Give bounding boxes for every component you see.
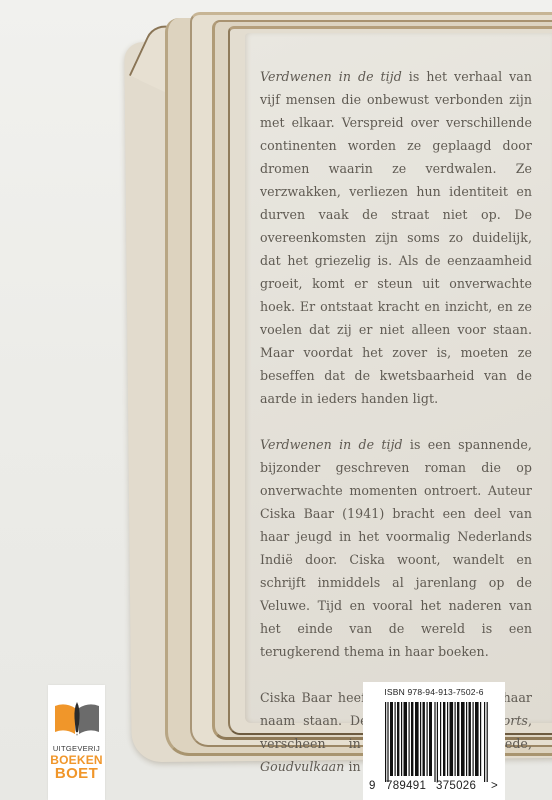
publisher-name-line-2: BOET [55,766,98,781]
barcode-digits: 9 789491 375026 > [369,780,501,792]
open-book-with-pen-nib-icon [53,700,101,740]
publisher-logo: UITGEVERIJ BOEKEN BOET [48,685,105,800]
book-title-italic: Verdwenen in de tijd [260,437,403,452]
blurb-paragraph-2: Verdwenen in de tijd is een spannende, b… [260,433,532,663]
book-title-italic: Verdwenen in de tijd [260,69,402,84]
book-title-italic: Goudvulkaan [260,759,344,774]
isbn-label: ISBN 978-94-913-7502-6 [363,687,505,697]
blurb-paragraph-1: Verdwenen in de tijd is het verhaal van … [260,65,532,410]
barcode-bars-icon [385,702,488,782]
isbn-barcode: ISBN 978-94-913-7502-6 [363,682,505,800]
publisher-label: UITGEVERIJ [53,744,100,753]
